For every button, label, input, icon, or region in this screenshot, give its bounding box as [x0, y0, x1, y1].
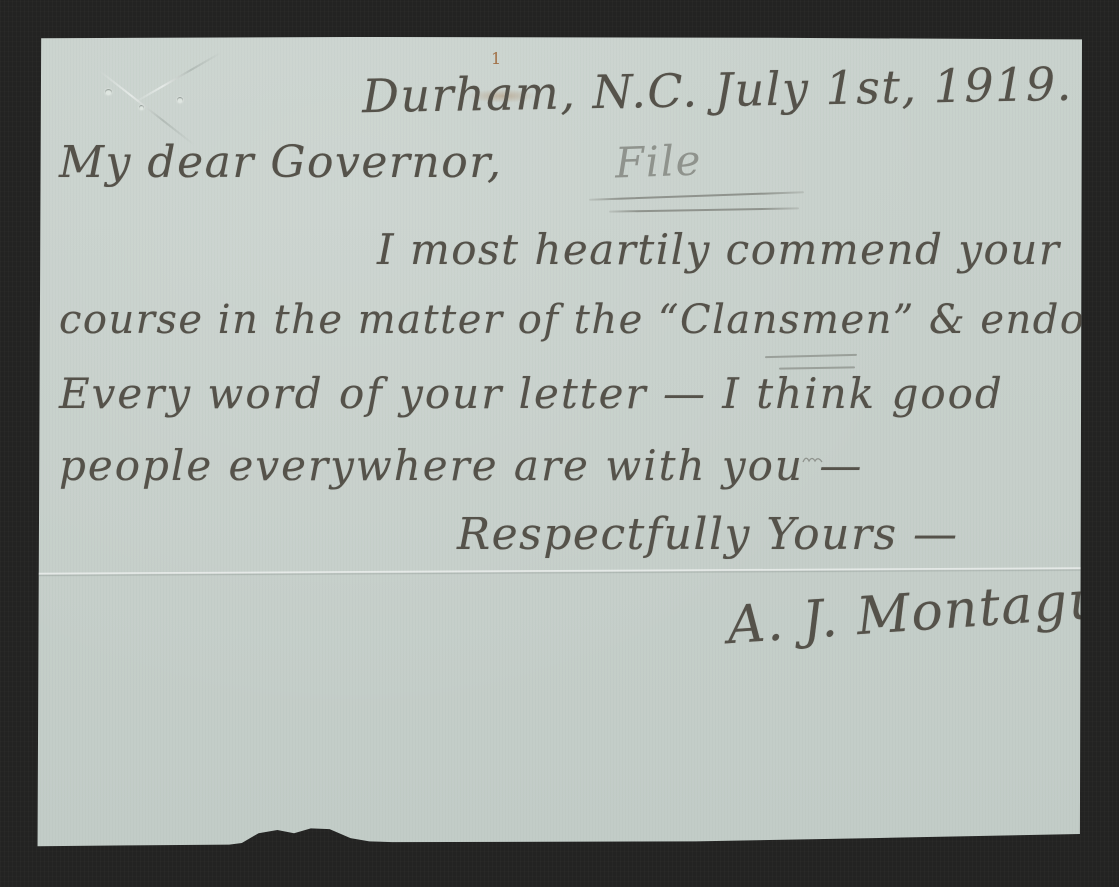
- signature: A. J. Montague: [725, 568, 1119, 656]
- rust-mark: 1: [491, 49, 501, 68]
- salutation: My dear Governor,: [59, 137, 502, 188]
- file-underline: [609, 207, 799, 212]
- clansmen-underline: [765, 354, 857, 358]
- body-line-3: Every word of your letter — I think good: [59, 369, 1004, 418]
- pencil-scribble: [802, 453, 824, 465]
- body-line-4: people everywhere are with you —: [59, 441, 863, 490]
- paper-crease: [99, 70, 195, 145]
- paper-damage-dot: [177, 97, 183, 103]
- body-line-1: I most heartily commend your: [377, 225, 1060, 274]
- scan-background: 1 Durham, N.C. July 1st, 1919. My dear G…: [0, 0, 1119, 887]
- file-annotation: File: [614, 135, 703, 187]
- paper-crease: [133, 52, 221, 104]
- file-underline: [589, 191, 804, 201]
- paper-damage-dot: [105, 89, 112, 95]
- letter-paper: 1 Durham, N.C. July 1st, 1919. My dear G…: [37, 37, 1082, 847]
- body-line-2-post: & endorse: [915, 297, 1119, 343]
- body-line-2-pre: course in the matter of the: [59, 297, 658, 343]
- closing: Respectfully Yours —: [457, 509, 959, 560]
- clansmen-word: “Clansmen”: [658, 297, 915, 343]
- body-line-2: course in the matter of the “Clansmen” &…: [59, 297, 1119, 343]
- fold-crease: [37, 567, 1082, 576]
- dateline: Durham, N.C. July 1st, 1919.: [362, 57, 1074, 123]
